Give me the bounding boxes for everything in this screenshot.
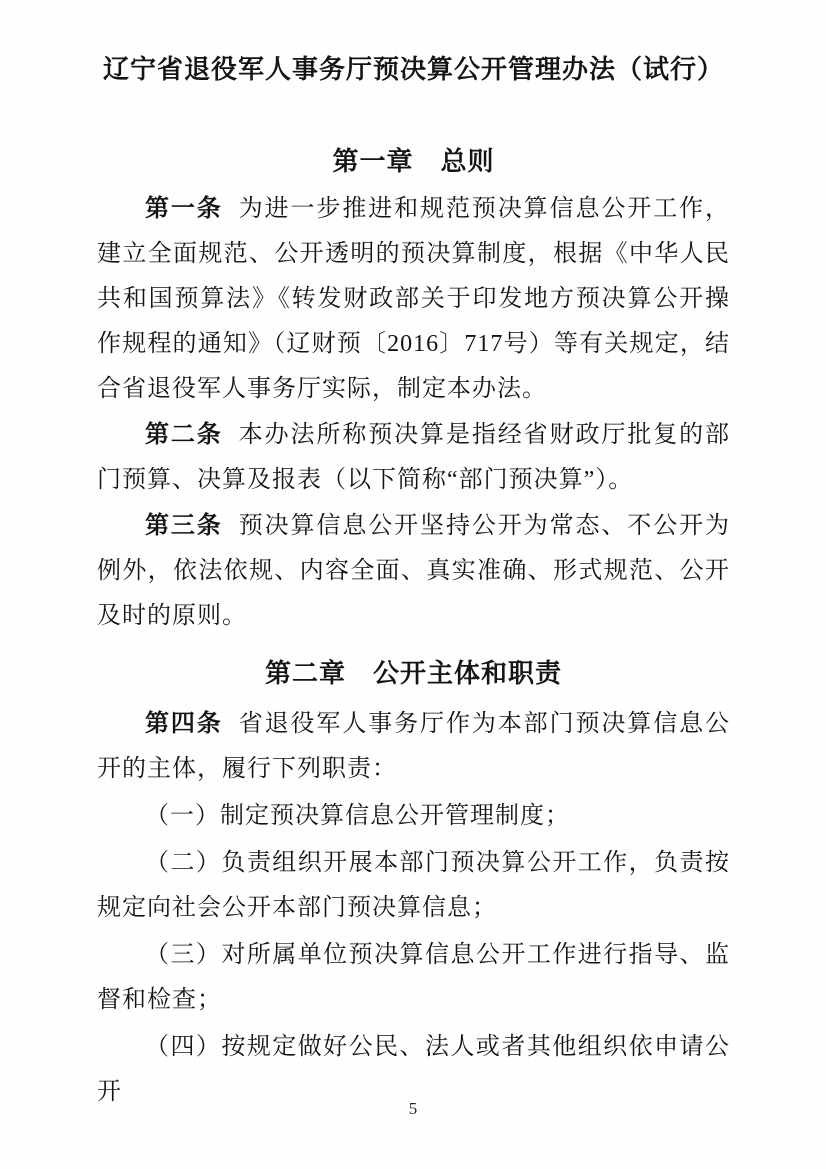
list-item-1: （一）制定预决算信息公开管理制度； bbox=[97, 794, 730, 839]
article-4: 第四条省退役军人事务厅作为本部门预决算信息公开的主体，履行下列职责： bbox=[97, 701, 730, 792]
article-4-label: 第四条 bbox=[145, 710, 223, 737]
list-item-2: （二）负责组织开展本部门预决算公开工作，负责按规定向社会公开本部门预决算信息； bbox=[97, 841, 730, 931]
article-1: 第一条为进一步推进和规范预决算信息公开工作，建立全面规范、公开透明的预决算制度，… bbox=[97, 186, 730, 412]
chapter-1-heading: 第一章 总则 bbox=[97, 144, 730, 178]
article-3: 第三条预决算信息公开坚持公开为常态、不公开为例外，依法依规、内容全面、真实准确、… bbox=[97, 503, 730, 639]
article-3-label: 第三条 bbox=[145, 512, 223, 539]
document-title: 辽宁省退役军人事务厅预决算公开管理办法（试行） bbox=[97, 50, 730, 88]
list-item-3: （三）对所属单位预决算信息公开工作进行指导、监督和检查； bbox=[97, 933, 730, 1023]
article-1-text: 为进一步推进和规范预决算信息公开工作，建立全面规范、公开透明的预决算制度，根据《… bbox=[97, 196, 730, 402]
page-number: 5 bbox=[0, 1099, 826, 1119]
article-2: 第二条本办法所称预决算是指经省财政厅批复的部门预算、决算及报表（以下简称“部门预… bbox=[97, 412, 730, 503]
document-page: 辽宁省退役军人事务厅预决算公开管理办法（试行） 第一章 总则 第一条为进一步推进… bbox=[0, 0, 826, 1169]
article-2-label: 第二条 bbox=[145, 421, 223, 448]
article-1-label: 第一条 bbox=[145, 195, 223, 222]
chapter-2-heading: 第二章 公开主体和职责 bbox=[97, 653, 730, 693]
